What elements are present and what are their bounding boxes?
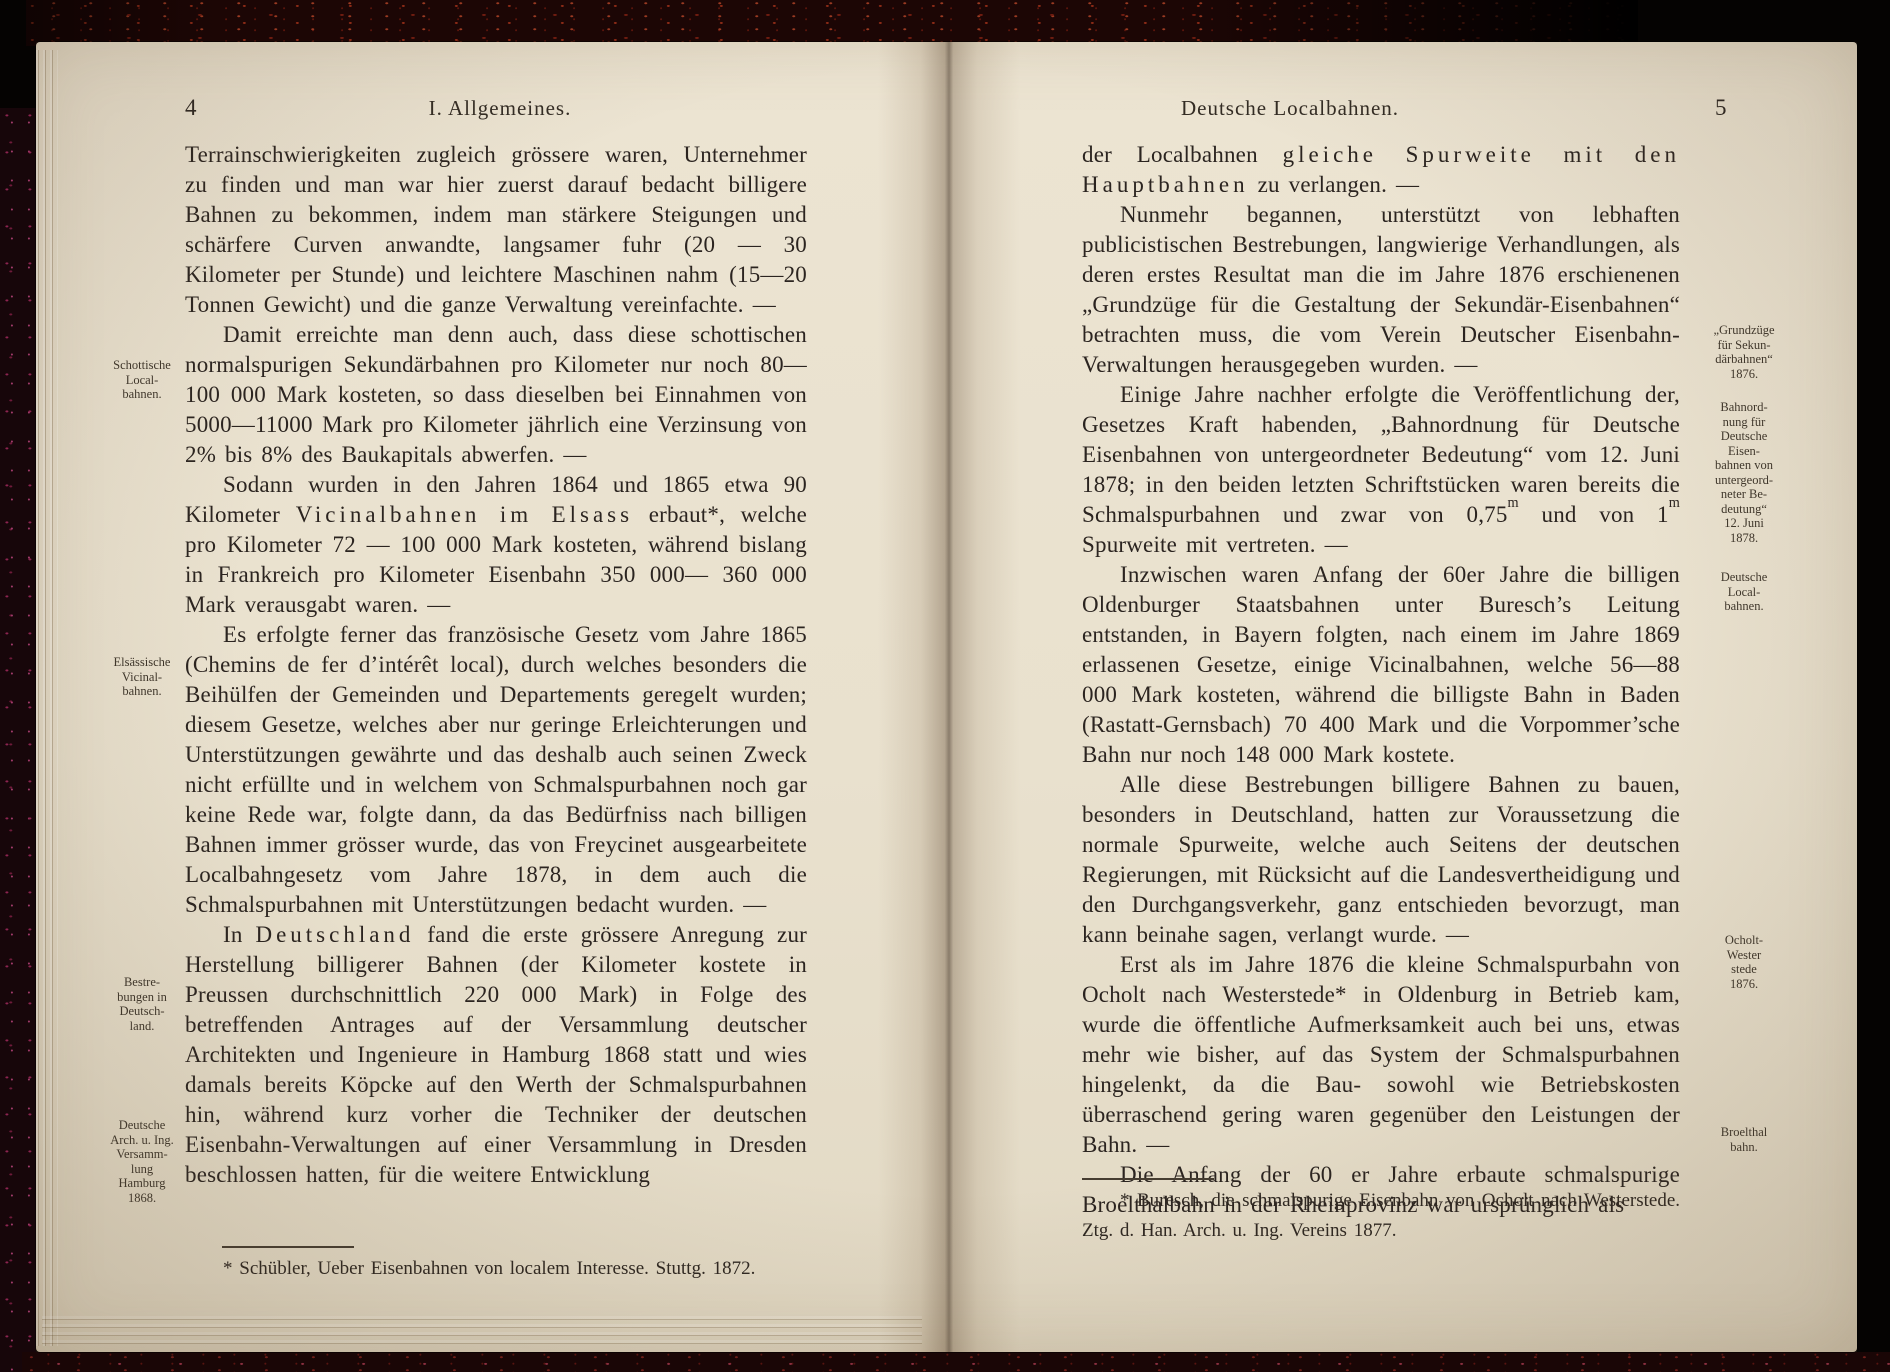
margin-note: Elsässische Vicinal- bahnen. xyxy=(96,655,188,699)
text-run: und von 1 xyxy=(1519,502,1669,527)
left-page-body: Terrainschwierigkeiten zugleich grössere… xyxy=(185,140,807,1190)
paragraph: Damit erreichte man denn auch, dass dies… xyxy=(185,320,807,470)
margin-note: Broelthal bahn. xyxy=(1686,1125,1802,1154)
left-footnote: * Schübler, Ueber Eisenbahnen von locale… xyxy=(185,1254,807,1284)
text-run: m xyxy=(1508,495,1519,511)
page-stack-left xyxy=(36,50,58,1346)
paragraph: Terrainschwierigkeiten zugleich grössere… xyxy=(185,140,807,320)
book-cover-bottom-edge xyxy=(22,1352,1890,1372)
book-photo: 4 I. Allgemeines. Terrainschwierigkeiten… xyxy=(0,0,1890,1372)
paragraph: Erst als im Jahre 1876 die kleine Schmal… xyxy=(1082,950,1680,1160)
right-running-title: Deutsche Localbahnen. xyxy=(1040,96,1540,121)
footnote-rule xyxy=(222,1246,354,1248)
text-run: Alle diese Bestrebungen billigere Bahnen… xyxy=(1082,772,1680,947)
text-run: der Localbahnen xyxy=(1082,142,1283,167)
margin-note: Bestre- bungen in Deutsch- land. xyxy=(96,975,188,1033)
page-stack-bottom xyxy=(42,1316,922,1348)
right-page-body: der Localbahnen gleiche Spurweite mit de… xyxy=(1082,140,1680,1220)
margin-note: Deutsche Local- bahnen. xyxy=(1686,570,1802,614)
footnote-rule xyxy=(1082,1178,1214,1180)
binding-gutter xyxy=(878,42,1020,1352)
right-page-number: 5 xyxy=(1715,95,1727,121)
fore-edge-left xyxy=(0,108,36,1372)
margin-note: Ocholt- Wester stede 1876. xyxy=(1686,933,1802,991)
paragraph: In Deutschland fand die erste grössere A… xyxy=(185,920,807,1190)
paragraph: Einige Jahre nachher erfolgte die Veröff… xyxy=(1082,380,1680,560)
emphasized-text: Vicinalbahnen im Elsass xyxy=(296,502,633,527)
book-cover-top-edge xyxy=(26,0,1638,46)
text-run: m xyxy=(1669,495,1680,511)
paragraph: Inzwischen waren Anfang der 60er Jahre d… xyxy=(1082,560,1680,770)
text-run: Inzwischen waren Anfang der 60er Jahre d… xyxy=(1082,562,1680,767)
margin-note: Schottische Local- bahnen. xyxy=(96,358,188,402)
text-run: Damit erreichte man denn auch, dass dies… xyxy=(185,322,807,467)
text-run: Terrainschwierigkeiten zugleich grössere… xyxy=(185,142,807,317)
text-run: Spurweite mit vertreten. — xyxy=(1082,532,1348,557)
margin-note: „Grundzüge für Sekun- därbahnen“ 1876. xyxy=(1686,323,1802,381)
text-run: zu verlangen. — xyxy=(1249,172,1420,197)
text-run: Es erfolgte ferner das französische Gese… xyxy=(185,622,807,917)
text-run: fand die erste grössere Anregung zur Her… xyxy=(185,922,807,1187)
margin-note: Bahnord- nung für Deutsche Eisen- bahnen… xyxy=(1686,400,1802,545)
emphasized-text: Deutschland xyxy=(255,922,414,947)
margin-note: Deutsche Arch. u. Ing. Versamm- lung Ham… xyxy=(96,1118,188,1205)
paragraph: der Localbahnen gleiche Spurweite mit de… xyxy=(1082,140,1680,200)
text-run: In xyxy=(223,922,255,947)
paragraph: Nunmehr begannen, unterstützt von lebhaf… xyxy=(1082,200,1680,380)
right-footnote: * Buresch, die schmalspurige Eisenbahn v… xyxy=(1082,1186,1680,1246)
text-run: Nunmehr begannen, unterstützt von lebhaf… xyxy=(1082,202,1680,377)
left-running-title: I. Allgemeines. xyxy=(190,96,810,121)
paragraph: Es erfolgte ferner das französische Gese… xyxy=(185,620,807,920)
paragraph: Alle diese Bestrebungen billigere Bahnen… xyxy=(1082,770,1680,950)
paragraph: Sodann wurden in den Jahren 1864 und 186… xyxy=(185,470,807,620)
text-run: Erst als im Jahre 1876 die kleine Schmal… xyxy=(1082,952,1680,1157)
